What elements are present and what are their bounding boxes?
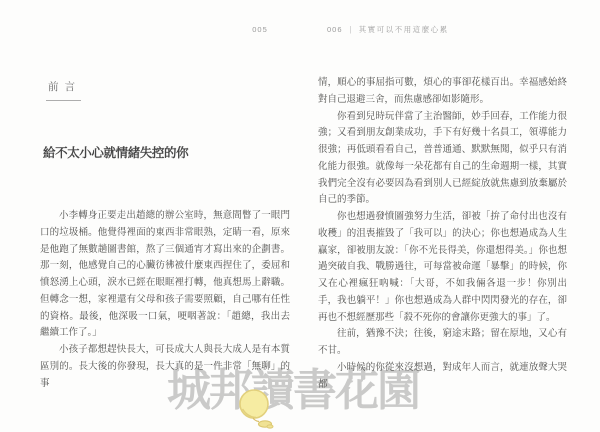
right-page-text: 情，順心的事屈指可數，煩心的事卻花樣百出。幸福感始終對自己退避三舍，而焦慮感卻如… xyxy=(318,75,567,393)
preface-label: 前言 xyxy=(46,79,81,101)
paragraph: 往前，猶豫不決；往後，窮途末路；留在原地，又心有不甘。 xyxy=(318,326,567,360)
chick-mascot-icon xyxy=(239,387,275,431)
paragraph: 你也想過發憤圖強努力生活，卻被「拚了命付出也沒有收穫」的沮喪摧毀了「我可以」的決… xyxy=(318,209,567,326)
chapter-title: 給不太小心就情緒失控的你 xyxy=(43,143,188,161)
paragraph: 情，順心的事屈指可數，煩心的事卻花樣百出。幸福感始終對自己退避三舍，而焦慮感卻如… xyxy=(318,75,567,109)
right-page-number: 006 xyxy=(327,25,343,34)
book-spread: 城邦讀書花園 005 006 | 其實可以不用這麼心累 前言 給不太小心就情緒失… xyxy=(0,0,600,432)
paragraph: 你看到兒時玩伴當了主治醫師，妙手回春，工作能力很強；又看到朋友創業成功，手下有好… xyxy=(318,109,567,210)
left-page-text: 小李轉身正要走出趙總的辦公室時，無意間瞥了一眼門口的垃圾桶。他覺得裡面的東西非常… xyxy=(40,208,290,392)
left-page-number: 005 xyxy=(245,25,275,34)
paragraph: 小孩子都想趕快長大，可長成大人與長大成人是有本質區別的。長大後的你發現，長大真的… xyxy=(40,342,290,392)
paragraph: 小時候的你從來沒想過，對成年人而言，就連放聲大哭都 xyxy=(318,360,567,394)
header-separator: | xyxy=(350,26,352,34)
running-header: 006 | 其實可以不用這麼心累 xyxy=(327,24,449,35)
running-title: 其實可以不用這麼心累 xyxy=(359,24,449,35)
paragraph: 小李轉身正要走出趙總的辦公室時，無意間瞥了一眼門口的垃圾桶。他覺得裡面的東西非常… xyxy=(40,208,290,342)
